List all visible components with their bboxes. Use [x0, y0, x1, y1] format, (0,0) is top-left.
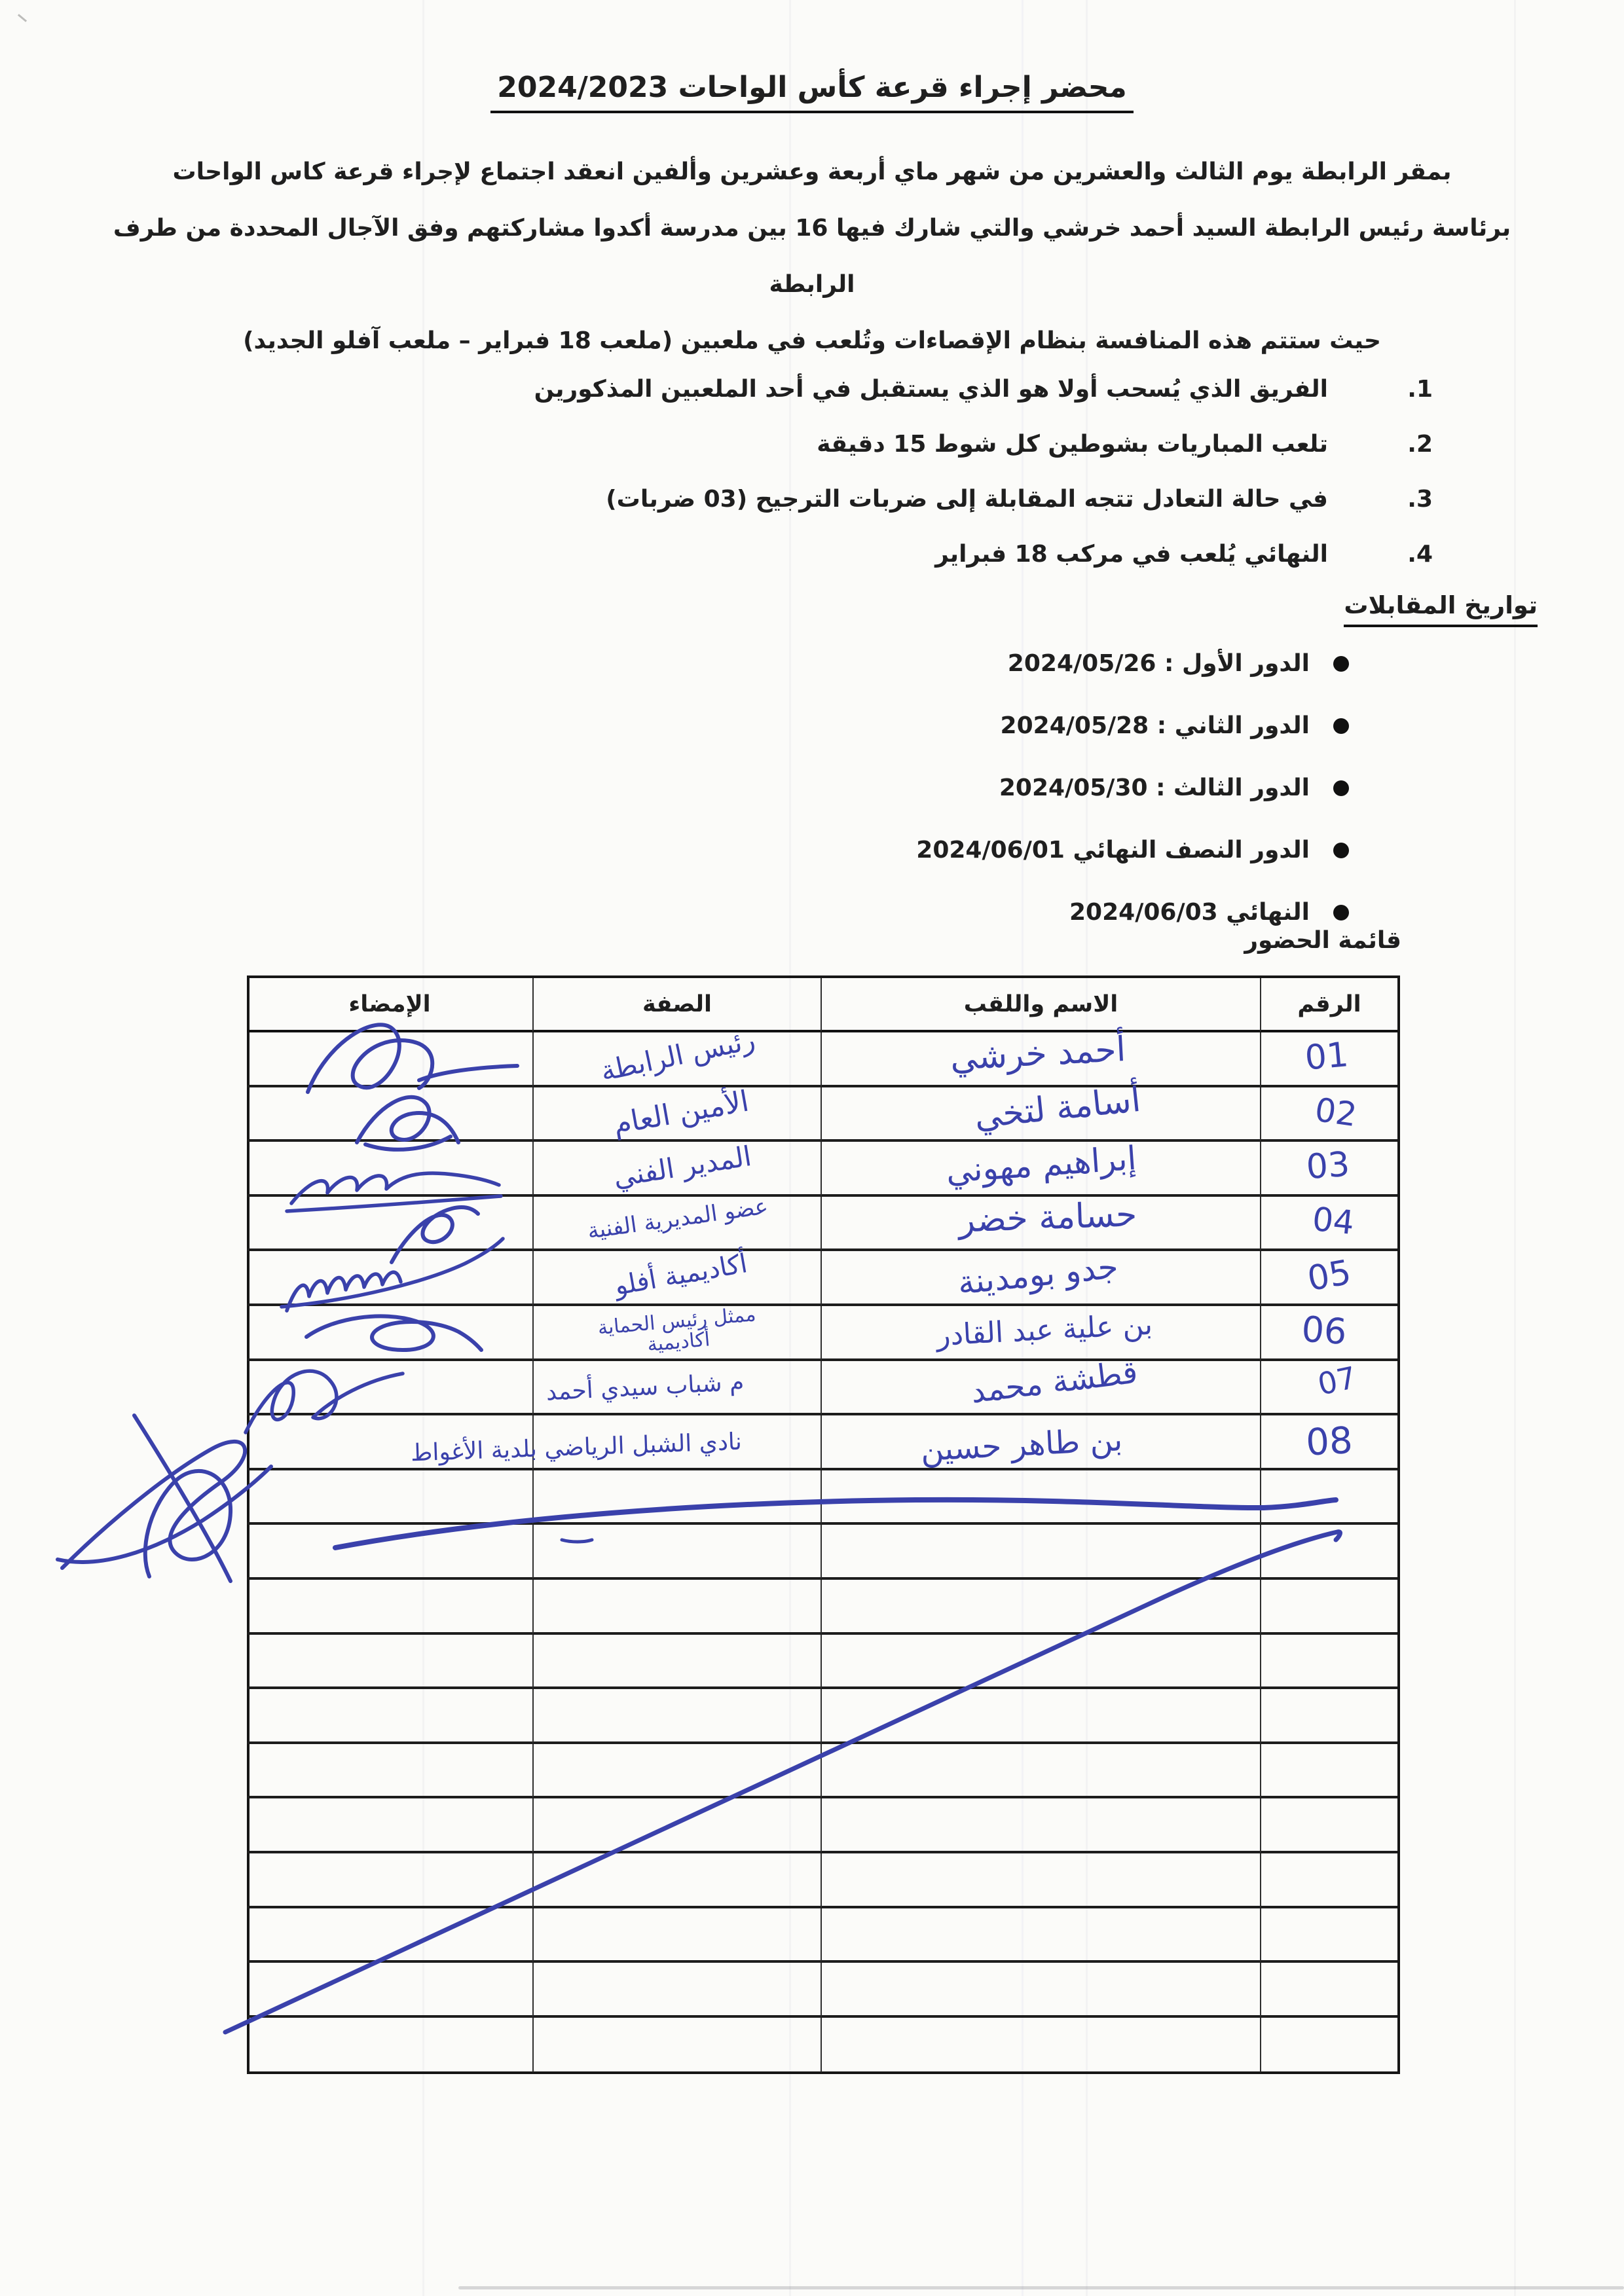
- scanned-document-page: محضر إجراء قرعة كأس الواحات 2024/2023 بم…: [0, 0, 1624, 2296]
- table-cell: [532, 1635, 821, 1690]
- table-cell: [821, 1908, 1260, 1963]
- hw-name: أحمد خرشي: [950, 1031, 1127, 1077]
- table-cell: [247, 1197, 532, 1252]
- table-cell: [532, 1798, 821, 1853]
- table-cell: [821, 1580, 1260, 1635]
- table-cell: [821, 1689, 1260, 1744]
- table-cell: [821, 1635, 1260, 1690]
- bullet-icon: [1333, 718, 1349, 734]
- date-item: الدور الثالث : 2024/05/30: [92, 757, 1349, 819]
- rule-text: النهائي يُلعب في مركب 18 فبراير: [935, 541, 1328, 568]
- hw-row-number: 08: [1305, 1421, 1354, 1463]
- hw-row-number: 04: [1311, 1201, 1356, 1241]
- table-cell: [247, 2018, 532, 2073]
- date-item: النهائي 2024/06/03: [92, 881, 1349, 943]
- date-item: الدور النصف النهائي 2024/06/01: [92, 819, 1349, 881]
- table-cell: [247, 1744, 532, 1799]
- table-cell: [247, 1963, 532, 2018]
- date-item: الدور الثاني : 2024/05/28: [92, 695, 1349, 757]
- table-cell: [1260, 1689, 1397, 1744]
- table-cell: [247, 1853, 532, 1908]
- table-cell: [1260, 1635, 1397, 1690]
- rule-item: 3. في حالة التعادل تتجه المقابلة إلى ضرب…: [92, 471, 1433, 526]
- table-cell: [532, 1470, 821, 1525]
- table-cell: [247, 1032, 532, 1087]
- intro-paragraph: بمقر الرابطة يوم الثالث والعشرين من شهر …: [92, 144, 1532, 369]
- bullet-icon: [1333, 843, 1349, 858]
- table-cell: [821, 1744, 1260, 1799]
- table-cell: [532, 1908, 821, 1963]
- table-cell: [247, 1251, 532, 1306]
- hw-row-number: 07: [1315, 1362, 1359, 1402]
- rule-item: 2. تلعب المباريات بشوطين كل شوط 15 دقيقة: [92, 416, 1433, 471]
- paragraph-line: الرابطة: [92, 257, 1532, 313]
- rule-item: 4. النهائي يُلعب في مركب 18 فبراير: [92, 526, 1433, 581]
- hw-row-number: 01: [1304, 1036, 1350, 1077]
- table-cell: [1260, 1525, 1397, 1580]
- table-cell: [532, 1963, 821, 2018]
- table-cell: [1260, 1853, 1397, 1908]
- date-text: الدور النصف النهائي 2024/06/01: [916, 837, 1310, 864]
- table-cell: [532, 1744, 821, 1799]
- attendance-heading: قائمة الحضور: [1244, 927, 1401, 954]
- date-text: النهائي 2024/06/03: [1069, 899, 1310, 926]
- hw-row-number: 02: [1313, 1092, 1359, 1133]
- table-cell: [532, 1580, 821, 1635]
- table-cell: [1260, 1798, 1397, 1853]
- hw-row-number: 05: [1305, 1254, 1354, 1298]
- table-cell: [247, 1635, 532, 1690]
- date-text: الدور الأول : 2024/05/26: [1008, 650, 1310, 677]
- rule-number: 2.: [1392, 431, 1433, 458]
- table-cell: [1260, 2018, 1397, 2073]
- table-cell: [532, 2018, 821, 2073]
- scan-edge-line: [458, 2286, 1624, 2289]
- dates-heading: تواريخ المقابلات: [1344, 591, 1538, 627]
- bullet-icon: [1333, 905, 1349, 920]
- table-header-name: الاسم واللقب: [821, 978, 1260, 1032]
- table-cell: [821, 1853, 1260, 1908]
- table-cell: [821, 1470, 1260, 1525]
- paragraph-line: بمقر الرابطة يوم الثالث والعشرين من شهر …: [92, 144, 1532, 200]
- table-header-role: الصفة: [532, 978, 821, 1032]
- table-cell: [1260, 1580, 1397, 1635]
- table-cell: [1260, 1744, 1397, 1799]
- table-cell: [532, 1853, 821, 1908]
- bullet-icon: [1333, 656, 1349, 672]
- table-cell: [821, 2018, 1260, 2073]
- hw-row-number: 06: [1301, 1311, 1348, 1352]
- attendance-table: الرقمالاسم واللقبالصفةالإمضاء: [247, 975, 1400, 2074]
- signature-row-8: [58, 1415, 271, 1581]
- table-cell: [1260, 1470, 1397, 1525]
- date-text: الدور الثالث : 2024/05/30: [999, 774, 1310, 801]
- table-cell: [247, 1470, 532, 1525]
- table-cell: [821, 1525, 1260, 1580]
- table-cell: [247, 1798, 532, 1853]
- table-cell: [247, 1525, 532, 1580]
- table-cell: [532, 1689, 821, 1744]
- table-cell: [821, 1798, 1260, 1853]
- rule-number: 1.: [1392, 376, 1433, 403]
- scan-speck: [18, 14, 27, 22]
- table-cell: [1260, 1963, 1397, 2018]
- table-cell: [1260, 1908, 1397, 1963]
- dates-list: الدور الأول : 2024/05/26 الدور الثاني : …: [92, 632, 1349, 943]
- hw-row-number: 03: [1305, 1146, 1351, 1186]
- table-cell: [247, 1142, 532, 1197]
- document-title: محضر إجراء قرعة كأس الواحات 2024/2023: [0, 71, 1624, 113]
- rules-list: 1. الفريق الذي يُسحب أولا هو الذي يستقبل…: [92, 361, 1433, 581]
- table-cell: [247, 1689, 532, 1744]
- table-header-num: الرقم: [1260, 978, 1397, 1032]
- rule-text: تلعب المباريات بشوطين كل شوط 15 دقيقة: [817, 431, 1328, 458]
- rule-item: 1. الفريق الذي يُسحب أولا هو الذي يستقبل…: [92, 361, 1433, 416]
- table-cell: [532, 1525, 821, 1580]
- table-cell: [247, 1087, 532, 1142]
- date-text: الدور الثاني : 2024/05/28: [1001, 712, 1310, 739]
- table-cell: [247, 1306, 532, 1361]
- hw-name: حسامة خضر: [958, 1196, 1137, 1239]
- table-header-signature: الإمضاء: [247, 978, 532, 1032]
- date-item: الدور الأول : 2024/05/26: [92, 632, 1349, 695]
- rule-text: الفريق الذي يُسحب أولا هو الذي يستقبل في…: [534, 376, 1328, 403]
- rule-number: 3.: [1392, 486, 1433, 513]
- table-cell: [247, 1908, 532, 1963]
- table-cell: [247, 1580, 532, 1635]
- table-cell: [821, 1963, 1260, 2018]
- rule-text: في حالة التعادل تتجه المقابلة إلى ضربات …: [606, 486, 1328, 513]
- table-cell: [247, 1361, 532, 1416]
- paragraph-line: برئاسة رئيس الرابطة السيد أحمد خرشي والت…: [92, 200, 1532, 257]
- bullet-icon: [1333, 780, 1349, 796]
- rule-number: 4.: [1392, 541, 1433, 568]
